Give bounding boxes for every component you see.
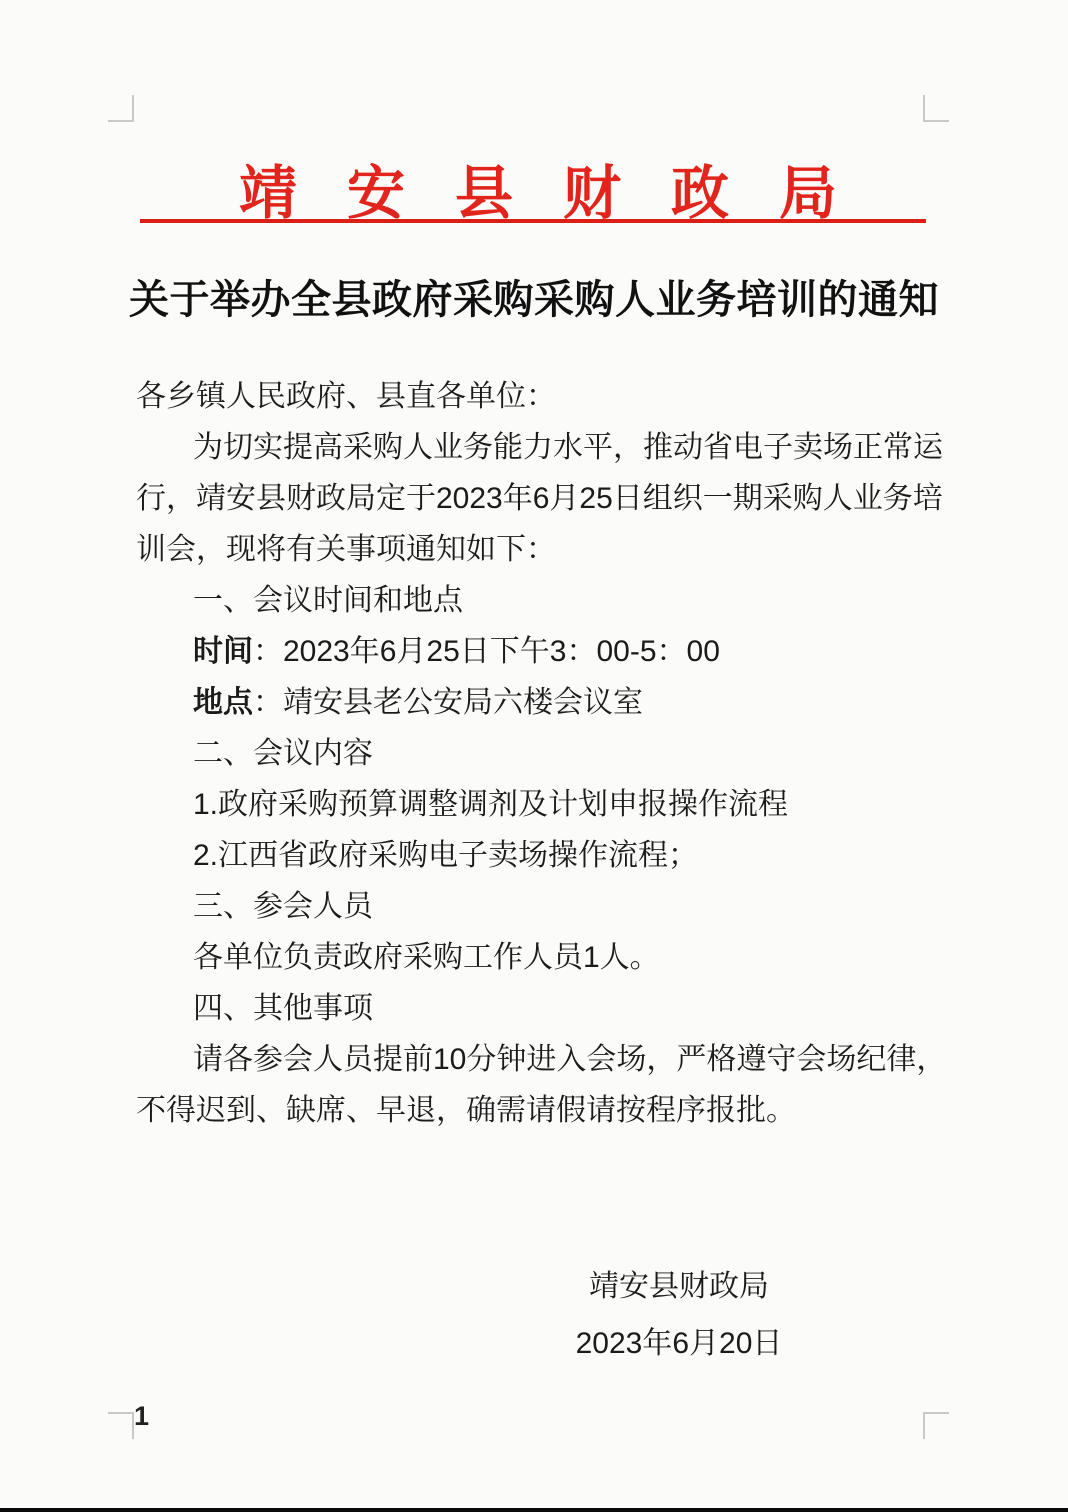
crop-mark-top-right [923,95,949,122]
body-line-text: ：靖安县老公安局六楼会议室 [253,686,643,719]
body-line-text: 请各参会人员提前10分钟进入会场，严格遵守会场纪律， [193,1043,946,1076]
page-number: 1 [134,1401,149,1432]
body-line-text: 二、会议内容 [193,737,373,770]
document-title: 关于举办全县政府采购采购人业务培训的通知 [0,268,1068,325]
body-line-text: 三、参会人员 [193,890,373,923]
body-line-text: 四、其他事项 [193,992,373,1025]
body-line: 1.政府采购预算调整调剂及计划申报操作流程 [136,779,936,830]
signature-org: 靖安县财政局 [396,1258,962,1315]
body-line: 三、参会人员 [136,881,936,932]
body-line-text: ：2023年6月25日下午3：00-5：00 [253,635,720,668]
body-line-label: 地点 [193,686,253,719]
body-line: 行，靖安县财政局定于2023年6月25日组织一期采购人业务培 [136,473,936,524]
body-line: 各单位负责政府采购工作人员1人。 [136,932,936,983]
body-line: 2.江西省政府采购电子卖场操作流程； [136,830,936,881]
bottom-edge-bar [0,1508,1068,1512]
body-line-text: 2.江西省政府采购电子卖场操作流程； [193,839,698,872]
body-line: 各乡镇人民政府、县直各单位： [136,371,936,422]
body-line: 请各参会人员提前10分钟进入会场，严格遵守会场纪律， [136,1034,936,1085]
body-line-text: 行，靖安县财政局定于2023年6月25日组织一期采购人业务培 [136,482,943,515]
body-line-text: 不得迟到、缺席、早退，确需请假请按程序报批。 [136,1094,796,1127]
body-line-text: 一、会议时间和地点 [193,584,463,617]
body-line-label: 时间 [193,635,253,668]
body-line: 一、会议时间和地点 [136,575,936,626]
body-line-text: 为切实提高采购人业务能力水平，推动省电子卖场正常运 [193,431,943,464]
body-line: 地点：靖安县老公安局六楼会议室 [136,677,936,728]
crop-mark-bottom-right [923,1412,949,1439]
signature-block: 靖安县财政局 2023年6月20日 [396,1258,962,1372]
crop-mark-top-left [108,95,134,122]
body-line: 训会，现将有关事项通知如下： [136,524,936,575]
body-line-text: 各单位负责政府采购工作人员1人。 [193,941,660,974]
body-line: 时间：2023年6月25日下午3：00-5：00 [136,626,936,677]
body-line-text: 训会，现将有关事项通知如下： [136,533,556,566]
body-line: 二、会议内容 [136,728,936,779]
body-line-text: 各乡镇人民政府、县直各单位： [136,380,556,413]
body-text: 各乡镇人民政府、县直各单位：为切实提高采购人业务能力水平，推动省电子卖场正常运行… [136,371,936,1136]
body-line: 不得迟到、缺席、早退，确需请假请按程序报批。 [136,1085,936,1136]
document-page: 靖安县财政局 关于举办全县政府采购采购人业务培训的通知 各乡镇人民政府、县直各单… [0,0,1068,1512]
signature-date: 2023年6月20日 [396,1315,962,1372]
body-line: 四、其他事项 [136,983,936,1034]
body-line: 为切实提高采购人业务能力水平，推动省电子卖场正常运 [136,422,936,473]
header-red-rule [140,219,926,223]
crop-mark-bottom-left [108,1412,134,1439]
issuing-agency-header: 靖安县财政局 [0,146,1068,230]
body-line-text: 1.政府采购预算调整调剂及计划申报操作流程 [193,788,788,821]
